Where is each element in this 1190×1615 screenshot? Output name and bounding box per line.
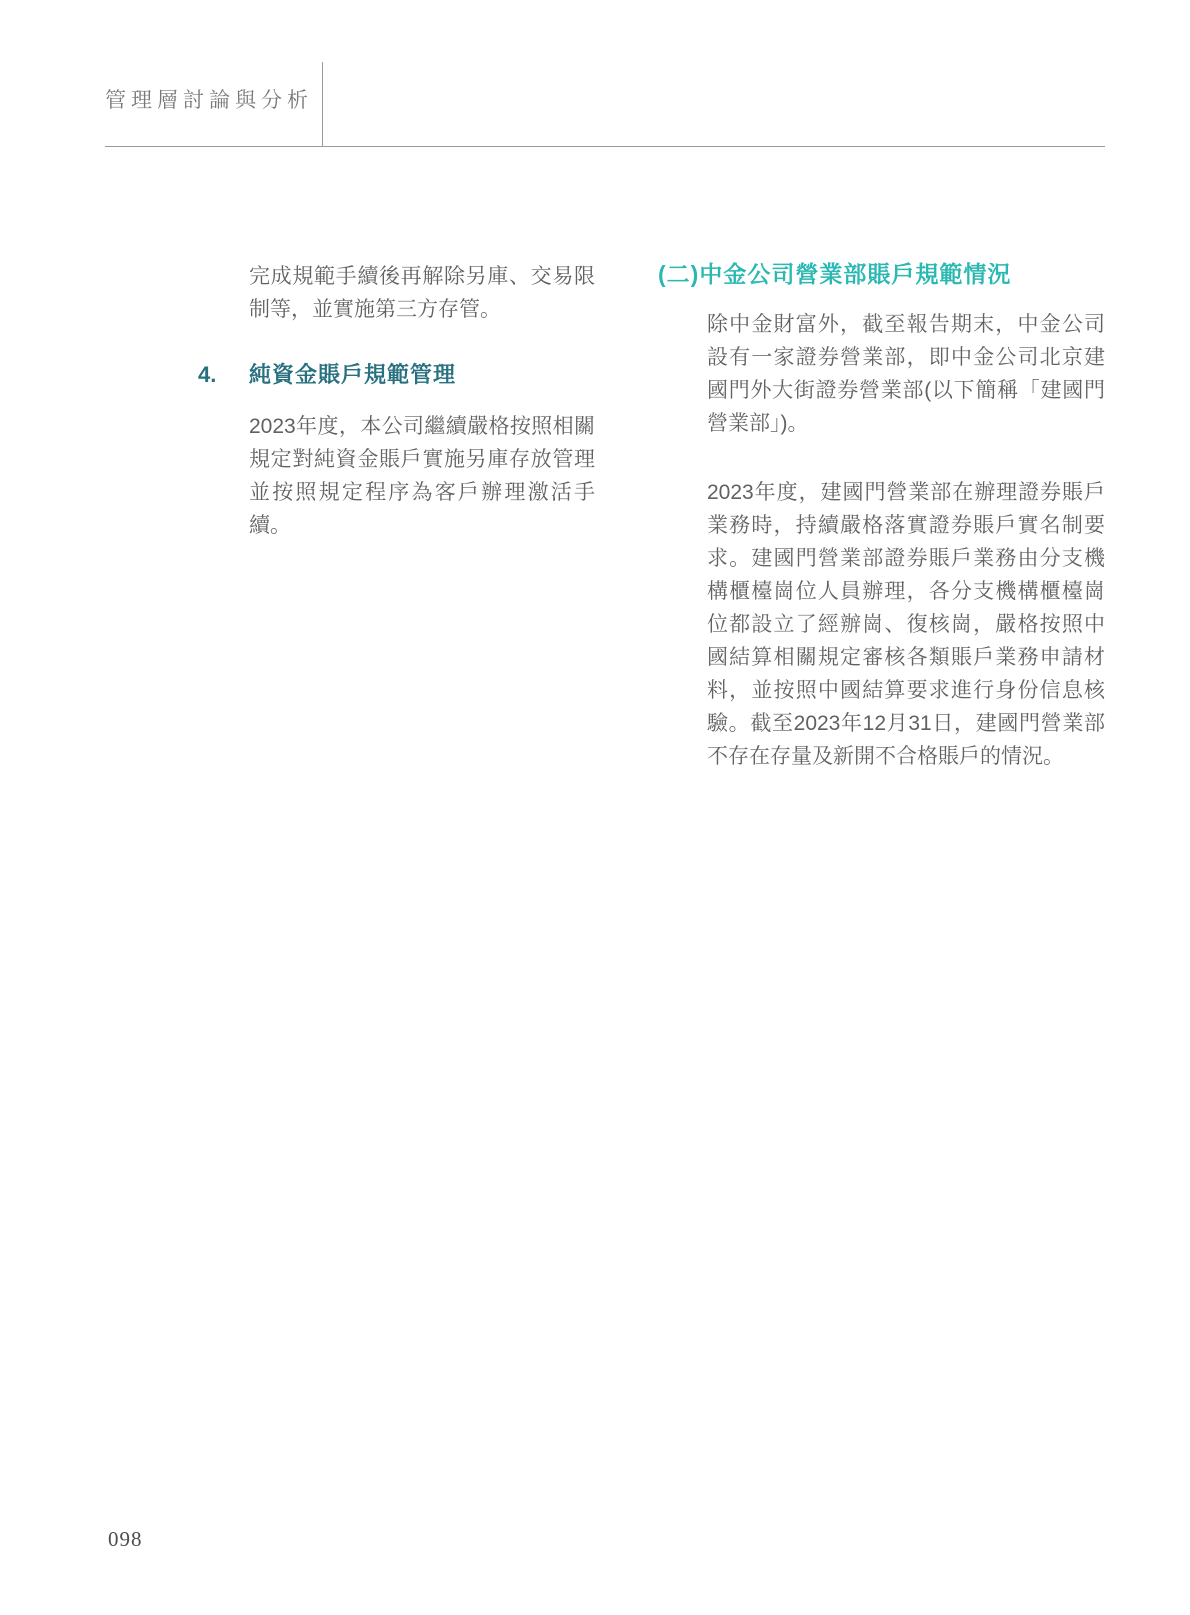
section-heading: 4. 純資金賬戶規範管理 [198,360,595,390]
document-page: 管理層討論與分析 完成規範手續後再解除另庫、交易限制等，並實施第三方存管。 4.… [0,0,1190,1615]
right-column: (二)中金公司營業部賬戶規範情況 除中金財富外，截至報告期末，中金公司設有一家證… [658,260,1105,773]
section-number: 4. [198,360,249,390]
right-paragraph-1: 除中金財富外，截至報告期末，中金公司設有一家證券營業部，即中金公司北京建國門外大… [658,308,1105,440]
page-header-title: 管理層討論與分析 [105,84,313,114]
page-number: 098 [108,1527,143,1552]
section-title: 純資金賬戶規範管理 [249,360,456,390]
left-column: 完成規範手續後再解除另庫、交易限制等，並實施第三方存管。 4. 純資金賬戶規範管… [198,260,595,542]
header-vertical-rule [322,62,323,146]
right-paragraph-2: 2023年度，建國門營業部在辦理證券賬戶業務時，持續嚴格落實證券賬戶實名制要求。… [658,476,1105,773]
left-intro-paragraph: 完成規範手續後再解除另庫、交易限制等，並實施第三方存管。 [198,260,595,326]
header-horizontal-rule [105,146,1105,147]
left-body-paragraph: 2023年度，本公司繼續嚴格按照相關規定對純資金賬戶實施另庫存放管理並按照規定程… [198,410,595,542]
subsection-heading: (二)中金公司營業部賬戶規範情況 [658,258,1105,290]
